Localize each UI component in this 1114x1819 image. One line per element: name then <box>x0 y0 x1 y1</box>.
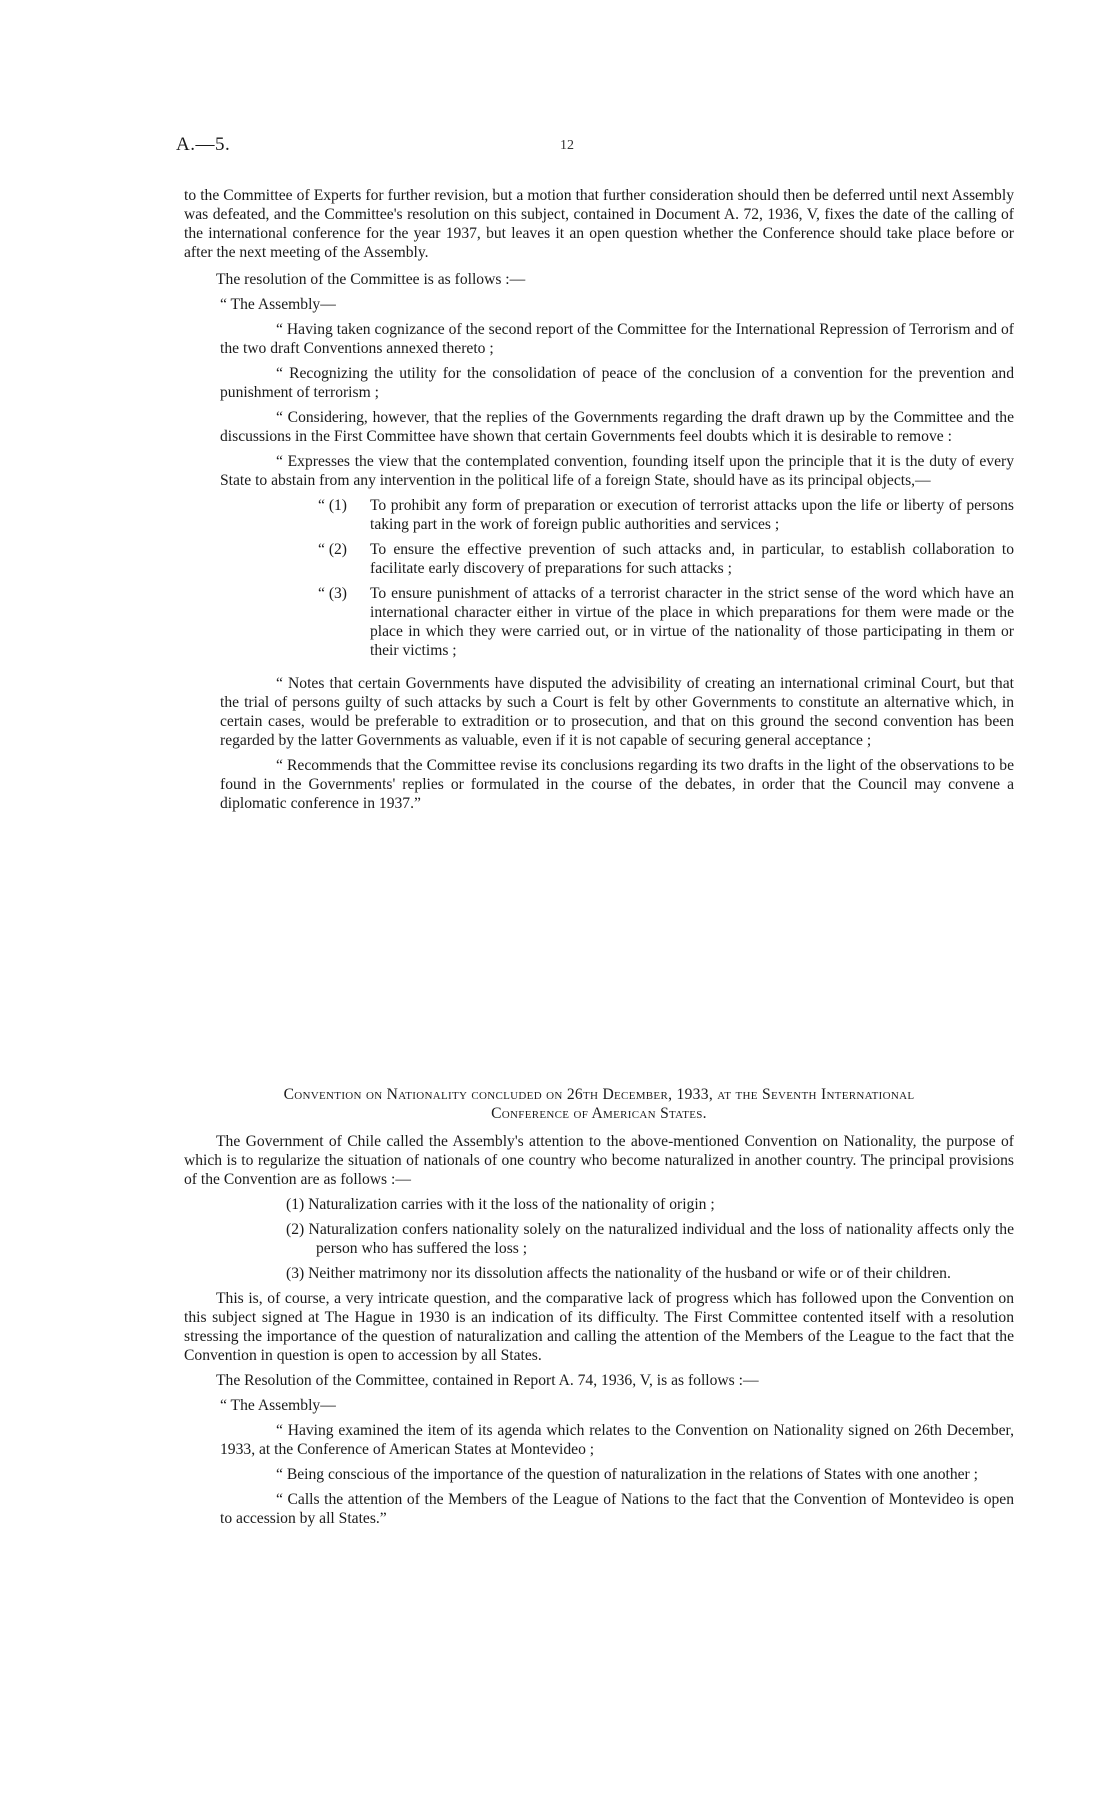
resolution-paragraph: “ Having examined the item of its agenda… <box>220 1421 1014 1459</box>
resolution-paragraph: “ Having taken cognizance of the second … <box>220 320 1014 358</box>
resolution-paragraph: “ Recommends that the Committee revise i… <box>220 756 1014 813</box>
objective-text: To ensure the effective prevention of su… <box>370 541 1014 577</box>
resolution-paragraph: “ Being conscious of the importance of t… <box>220 1465 1014 1484</box>
objective-item: “ (2) To ensure the effective prevention… <box>318 540 1014 578</box>
document-reference: A.—5. <box>176 134 230 156</box>
provision-item: (3) Neither matrimony nor its dissolutio… <box>286 1264 1014 1283</box>
provision-item: (2) Naturalization confers nationality s… <box>286 1220 1014 1258</box>
terrorism-section: to the Committee of Experts for further … <box>184 186 1014 819</box>
objective-item: “ (3) To ensure punishment of attacks of… <box>318 584 1014 660</box>
provision-item: (1) Naturalization carries with it the l… <box>286 1195 1014 1214</box>
assembly-heading: “ The Assembly— <box>184 295 1014 314</box>
resolution-paragraph: “ Notes that certain Governments have di… <box>220 674 1014 750</box>
resolution-paragraph: “ Recognizing the utility for the consol… <box>220 364 1014 402</box>
resolution-intro: The resolution of the Committee is as fo… <box>184 270 1014 289</box>
intro-paragraph: The Government of Chile called the Assem… <box>184 1132 1014 1189</box>
objective-item: “ (1) To prohibit any form of preparatio… <box>318 496 1014 534</box>
objective-label: “ (3) <box>318 584 347 603</box>
nationality-section: The Government of Chile called the Assem… <box>184 1132 1014 1534</box>
document-page: A.—5. 12 to the Committee of Experts for… <box>0 0 1114 1819</box>
objective-label: “ (2) <box>318 540 347 559</box>
objective-label: “ (1) <box>318 496 347 515</box>
objective-text: To ensure punishment of attacks of a ter… <box>370 585 1014 659</box>
assembly-heading: “ The Assembly— <box>184 1396 1014 1415</box>
objective-text: To prohibit any form of preparation or e… <box>370 497 1014 533</box>
resolution-paragraph: “ Expresses the view that the contemplat… <box>220 452 1014 490</box>
resolution-paragraph: “ Considering, however, that the replies… <box>220 408 1014 446</box>
heading-line: Convention on Nationality concluded on 2… <box>184 1085 1014 1104</box>
section-heading: Convention on Nationality concluded on 2… <box>184 1085 1014 1123</box>
commentary-paragraph: This is, of course, a very intricate que… <box>184 1289 1014 1365</box>
heading-line: Conference of American States. <box>184 1104 1014 1123</box>
resolution-paragraph: “ Calls the attention of the Members of … <box>220 1490 1014 1528</box>
page-number: 12 <box>560 138 574 154</box>
resolution-intro: The Resolution of the Committee, contain… <box>184 1371 1014 1390</box>
intro-paragraph: to the Committee of Experts for further … <box>184 186 1014 262</box>
